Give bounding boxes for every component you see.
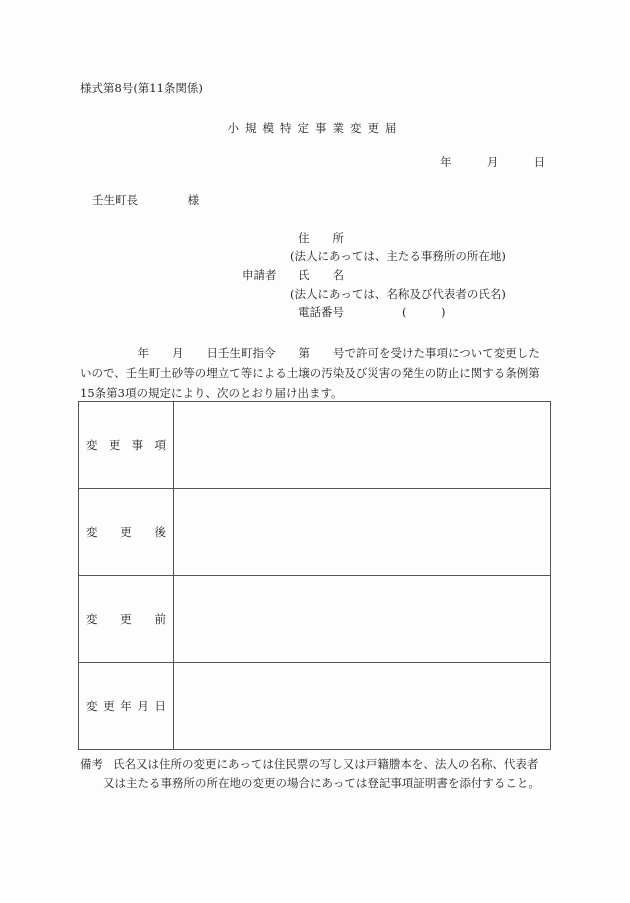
form-number: 様式第8号(第11条関係) (80, 81, 203, 95)
date-line: 年 月 日 (440, 155, 545, 169)
name-note: (法人にあっては、名称及び代表者の氏名) (290, 287, 506, 301)
label-char: 項 (154, 437, 166, 453)
label-char: 変 (86, 437, 98, 453)
before-change-field[interactable] (174, 576, 551, 663)
label-char: 後 (155, 524, 167, 540)
row-label: 変 更 前 (79, 576, 174, 663)
addressee-honorific: 様 (188, 193, 200, 207)
addressee: 壬生町長 様 (92, 193, 199, 207)
label-char: 変 (86, 524, 98, 540)
body-line: 15条第3項の規定により、次のとおり届け出ます。 (80, 383, 550, 403)
label-char: 月 (137, 698, 149, 714)
body-paragraph: 年 月 日壬生町指令 第 号で許可を受けた事項について変更した いので、壬生町土… (80, 343, 550, 403)
label-char: 前 (155, 611, 167, 627)
label-char: 日 (155, 698, 167, 714)
table-row-after-change: 変 更 後 (79, 489, 551, 576)
row-label: 変 更 後 (79, 489, 174, 576)
table-row-change-date: 変 更 年 月 日 (79, 663, 551, 750)
label-char: 事 (132, 437, 144, 453)
table-row-change-items: 変 更 事 項 (79, 402, 551, 489)
phone-paren: ( ) (402, 305, 445, 319)
name-label: 氏 名 (298, 268, 344, 282)
addressee-name: 壬生町長 (92, 193, 138, 207)
after-change-field[interactable] (174, 489, 551, 576)
table-row-before-change: 変 更 前 (79, 576, 551, 663)
change-date-field[interactable] (174, 663, 551, 750)
label-char: 変 (86, 698, 98, 714)
notes-line-2: 又は主たる事務所の所在地の変更の場合にあっては登記事項証明書を添付すること。 (80, 774, 540, 793)
date-day: 日 (534, 155, 546, 169)
body-line: 年 月 日壬生町指令 第 号で許可を受けた事項について変更した (80, 343, 550, 363)
label-char: 年 (120, 698, 132, 714)
document-title: 小規模特定事業変更届 (0, 121, 630, 135)
address-note: (法人にあっては、主たる事務所の所在地) (290, 249, 506, 263)
phone-label: 電話番号 (298, 305, 344, 319)
notes-line-1: 氏名又は住所の変更にあっては住民票の写し又は戸籍謄本を、法人の名称、代表者 (113, 757, 538, 771)
body-line: いので、壬生町土砂等の埋立て等による土壌の汚染及び災害の発生の防止に関する条例第 (80, 363, 550, 383)
label-char: 更 (120, 611, 132, 627)
address-label: 住 所 (298, 231, 344, 245)
date-month: 月 (487, 155, 499, 169)
applicant-label: 申請者 (242, 268, 277, 282)
notes: 備考氏名又は住所の変更にあっては住民票の写し又は戸籍謄本を、法人の名称、代表者 … (80, 755, 540, 793)
change-details-table: 変 更 事 項 変 更 後 変 更 前 (78, 401, 551, 750)
date-year: 年 (440, 155, 452, 169)
change-items-field[interactable] (174, 402, 551, 489)
notes-heading: 備考 (80, 757, 103, 771)
label-char: 更 (120, 524, 132, 540)
row-label: 変 更 年 月 日 (79, 663, 174, 750)
label-char: 更 (103, 698, 115, 714)
label-char: 変 (86, 611, 98, 627)
row-label: 変 更 事 項 (79, 402, 174, 489)
label-char: 更 (109, 437, 121, 453)
